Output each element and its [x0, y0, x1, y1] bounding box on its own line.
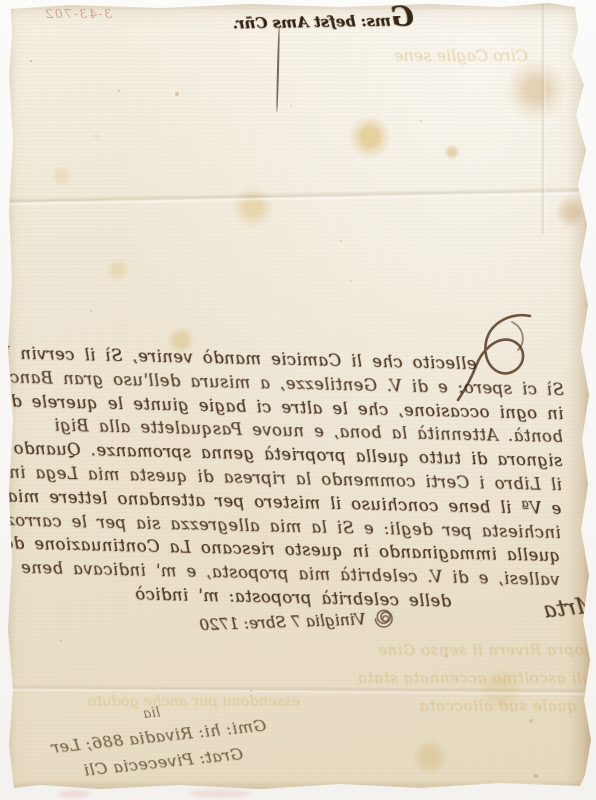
scanned-letter-verso: 3-43-702 Gms: befst Ams Cñr. Ciro Caglie…	[0, 0, 596, 800]
archival-number-text: 3-43-702	[38, 6, 112, 21]
archival-number: 3-43-702	[38, 6, 112, 24]
ghost-text-line: gli ascoltino accennata stata	[308, 664, 592, 692]
ghost-text-top: Ciro Caglie sene	[378, 46, 528, 76]
foxing-speckles	[30, 60, 32, 62]
main-text-block: ellecito che li Camicie mandò venire, Sì…	[25, 342, 565, 622]
top-inscription-text: Gms: befst Ams Cñr.	[212, 1, 415, 36]
dateline-text: Viniglia 7 Sbre: 1720	[199, 610, 366, 634]
top-inscription: Gms: befst Ams Cñr.	[212, 1, 415, 45]
ghost-text-line: sopra Rivera il senso Gine	[308, 636, 592, 664]
ghost-text-block: sopra Rivera il senso Gine gli ascoltino…	[308, 636, 592, 720]
horizontal-crease-top	[0, 186, 596, 206]
vertical-fold-line	[541, 2, 547, 234]
scanner-smudge	[58, 791, 90, 797]
spiral-flourish-icon	[371, 606, 396, 631]
scanner-smudge	[188, 790, 252, 797]
ghost-text-top-line: Ciro Caglie sene	[378, 46, 528, 65]
paper-sheet: 3-43-702 Gms: befst Ams Cñr. Ciro Caglie…	[0, 0, 596, 800]
margin-mark-text: Mrta	[533, 593, 596, 625]
ghost-text-line: e quale sud alloccata	[308, 692, 592, 720]
